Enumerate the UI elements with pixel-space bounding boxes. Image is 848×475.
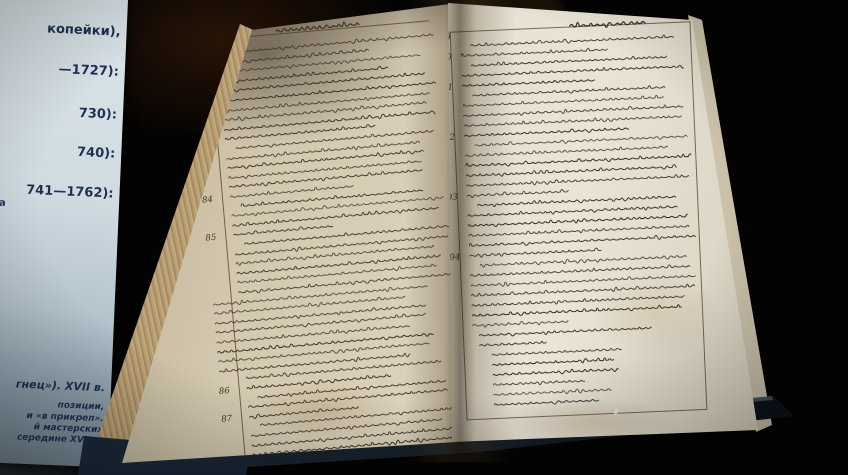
label-line: —1727): (58, 63, 119, 80)
label-line: а (0, 198, 6, 209)
label-line: 741—1762): (26, 184, 114, 202)
right-page-text: 899091929394 (451, 9, 719, 432)
exhibit-label-card: копейки),—1727):730):740):741—1762):агне… (0, 0, 128, 468)
photo-scene: 81828384858687 899091929394 копейки),—17… (0, 0, 848, 475)
margin-number: 84 (202, 194, 214, 205)
label-line: 730): (78, 107, 117, 123)
label-line: копейки), (47, 23, 121, 40)
margin-number: 87 (221, 414, 233, 425)
label-line: 740): (77, 146, 116, 162)
margin-number: 86 (218, 386, 230, 397)
margin-number: 94 (449, 252, 460, 262)
label-line: позиции, (57, 401, 104, 413)
margin-number: 85 (205, 233, 217, 244)
script-line (493, 389, 599, 413)
label-line: гнец»). XVII в. (16, 378, 106, 394)
